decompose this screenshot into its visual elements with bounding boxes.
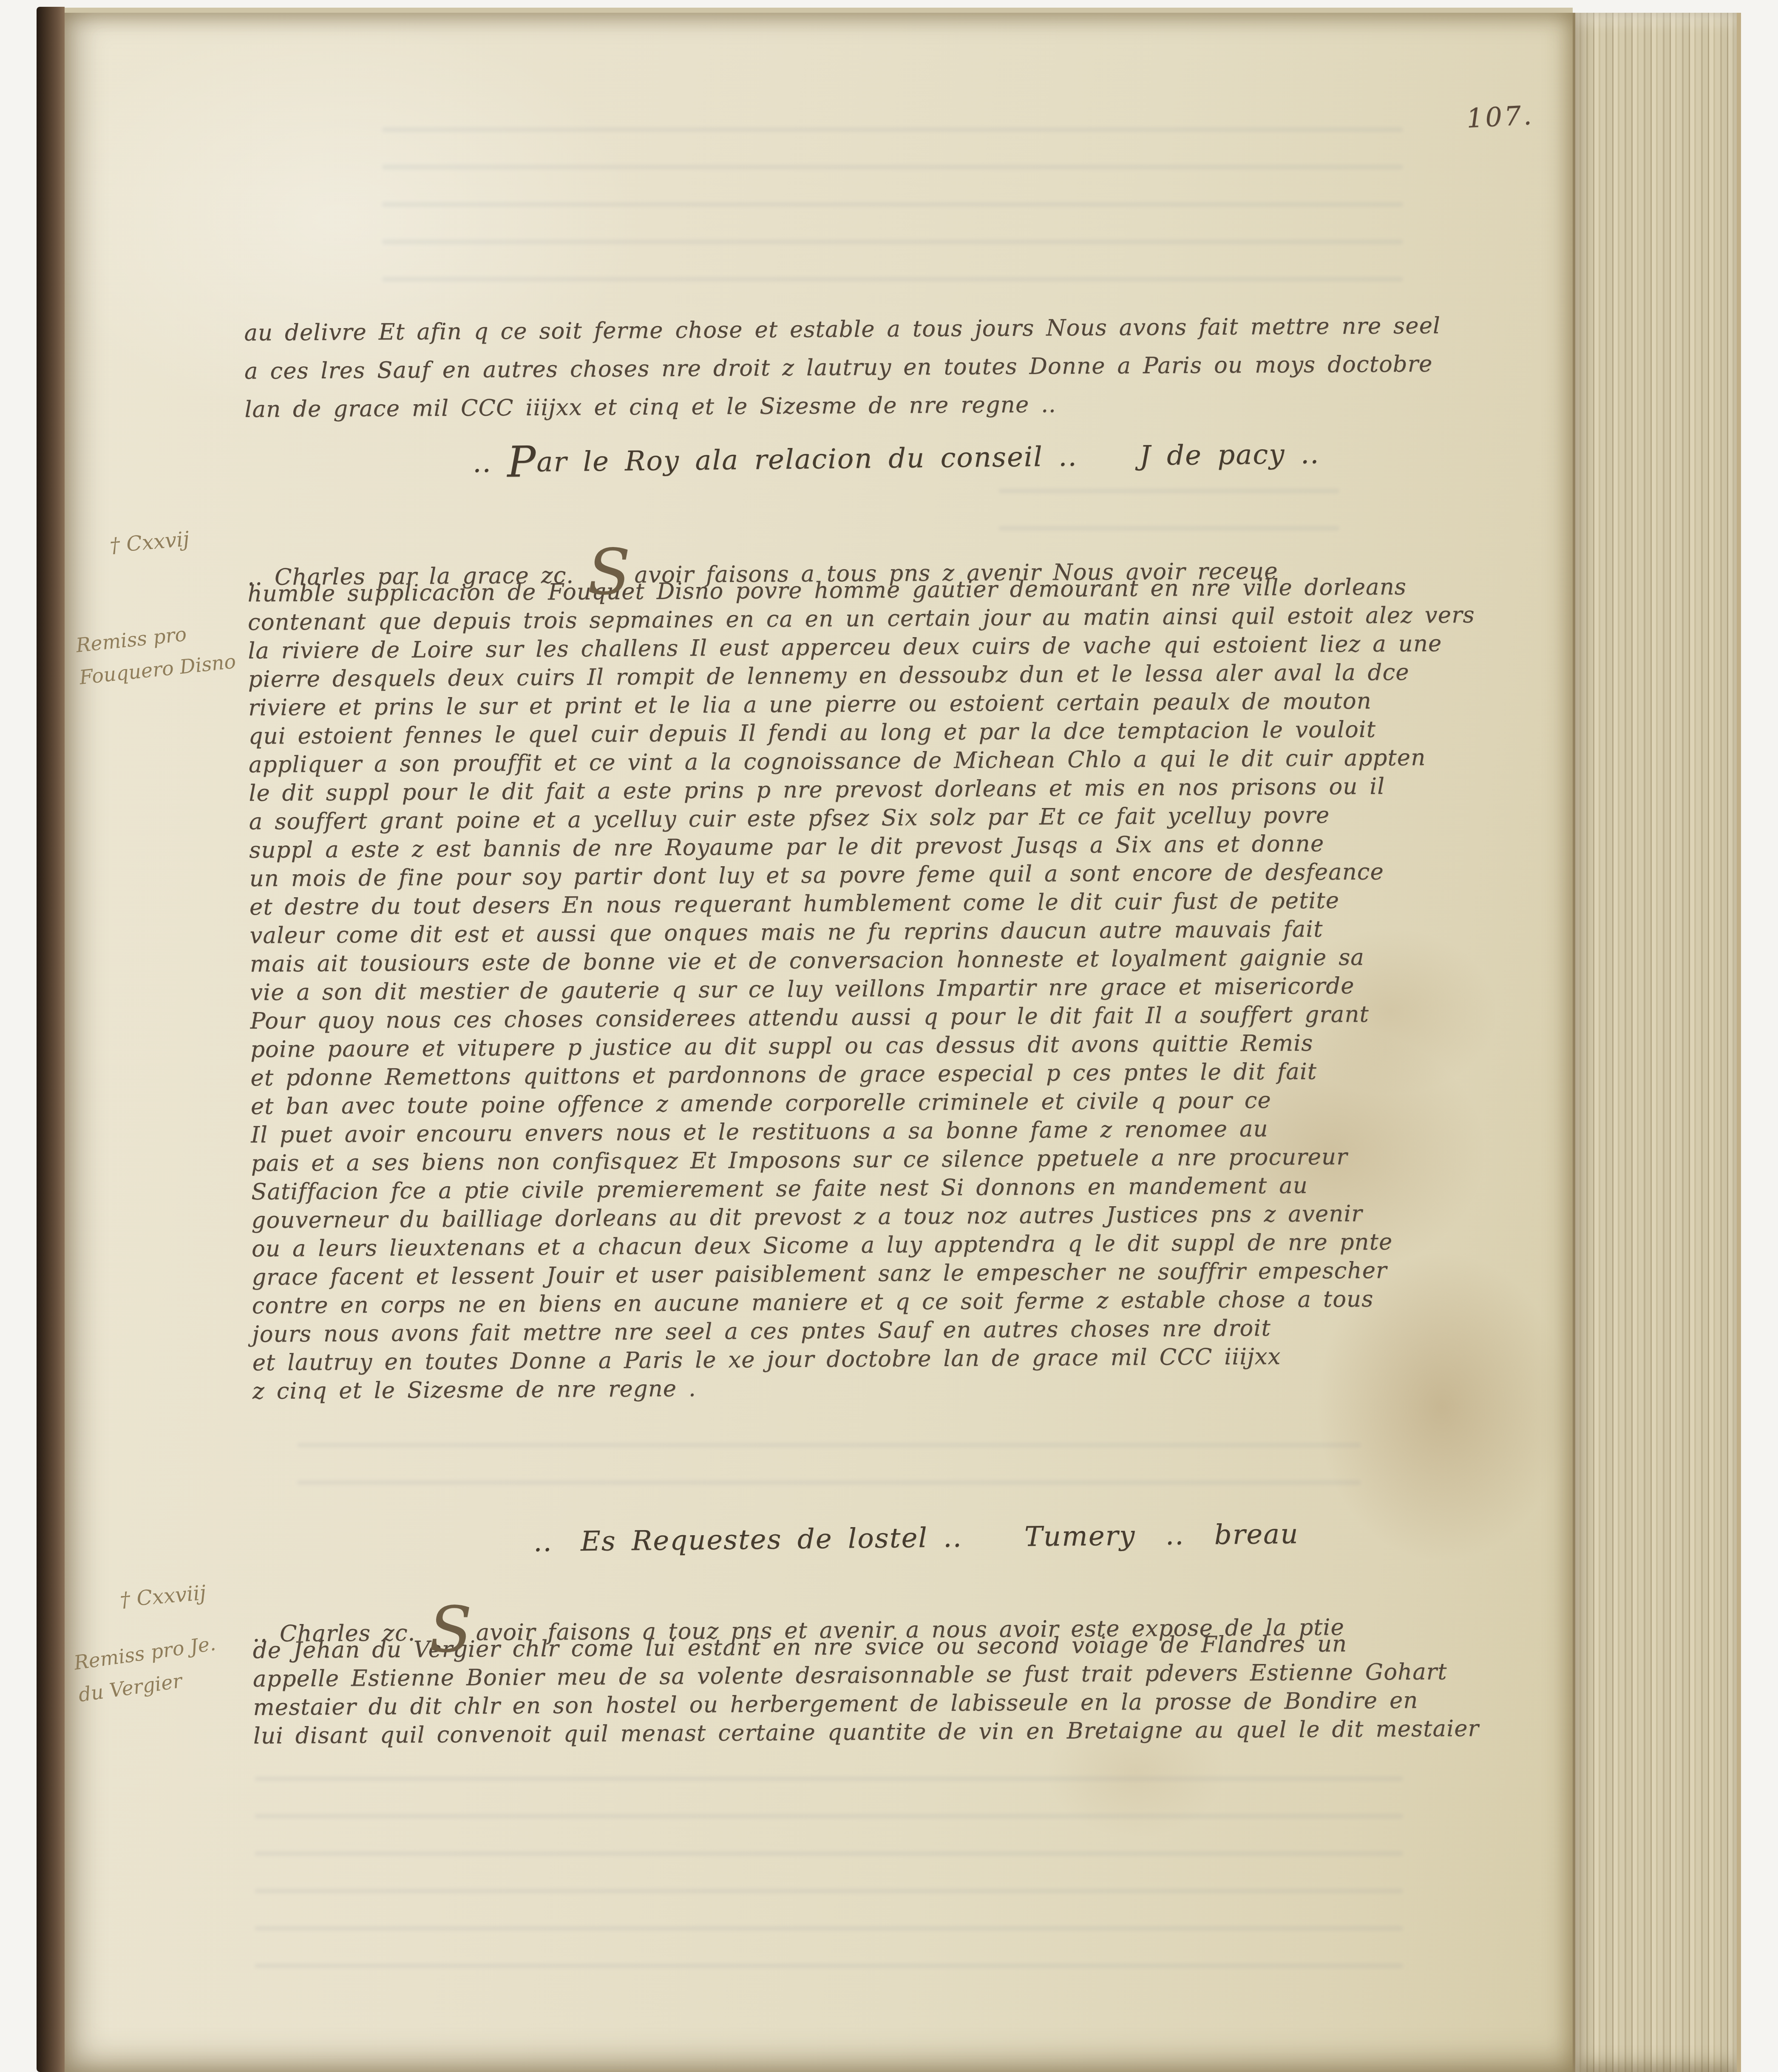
heading-text: ar le Roy ala relacion du conseil .. bbox=[536, 441, 1078, 478]
chancery-signature: Tumery bbox=[1024, 1520, 1136, 1553]
text-line: au delivre Et afin q ce soit ferme chose… bbox=[244, 313, 1358, 358]
drop-cap-s: S bbox=[587, 561, 631, 584]
heading-separator: .. bbox=[1165, 1519, 1184, 1551]
heading-lead-mark: .. bbox=[533, 1526, 553, 1558]
ink-showthrough bbox=[383, 128, 1403, 310]
heading-initial: P bbox=[507, 454, 537, 471]
ink-showthrough bbox=[298, 1443, 1360, 1511]
right-page-edges bbox=[1573, 13, 1741, 2072]
folio-number: 107. bbox=[1466, 99, 1534, 134]
chancery-signature: breau bbox=[1214, 1519, 1299, 1551]
drop-cap-s: S bbox=[429, 1619, 473, 1641]
ink-showthrough bbox=[999, 489, 1339, 544]
heading-text: Es Requestes de lostel .. bbox=[581, 1522, 963, 1557]
remission-letter-paragraph: .. Charles par la grace zc. Savoir faiso… bbox=[247, 546, 1366, 1407]
text-line: a ces lres Sauf en autres choses nre dro… bbox=[244, 351, 1358, 397]
chancery-signature: J de pacy .. bbox=[1140, 439, 1320, 472]
book-spine bbox=[37, 7, 65, 2072]
manuscript-book: 107. au delivre Et afin q ce soit ferme … bbox=[0, 0, 1778, 2072]
ink-showthrough bbox=[255, 1777, 1403, 1976]
text-line: lan de grace mil CCC iiijxx et cinq et l… bbox=[244, 390, 1358, 435]
heading-lead-mark: .. bbox=[473, 447, 492, 479]
second-letter-paragraph: .. Charles zc. Savoir faisons a touz pns… bbox=[252, 1602, 1367, 1752]
closing-paragraph: au delivre Et afin q ce soit ferme chose… bbox=[244, 313, 1358, 435]
